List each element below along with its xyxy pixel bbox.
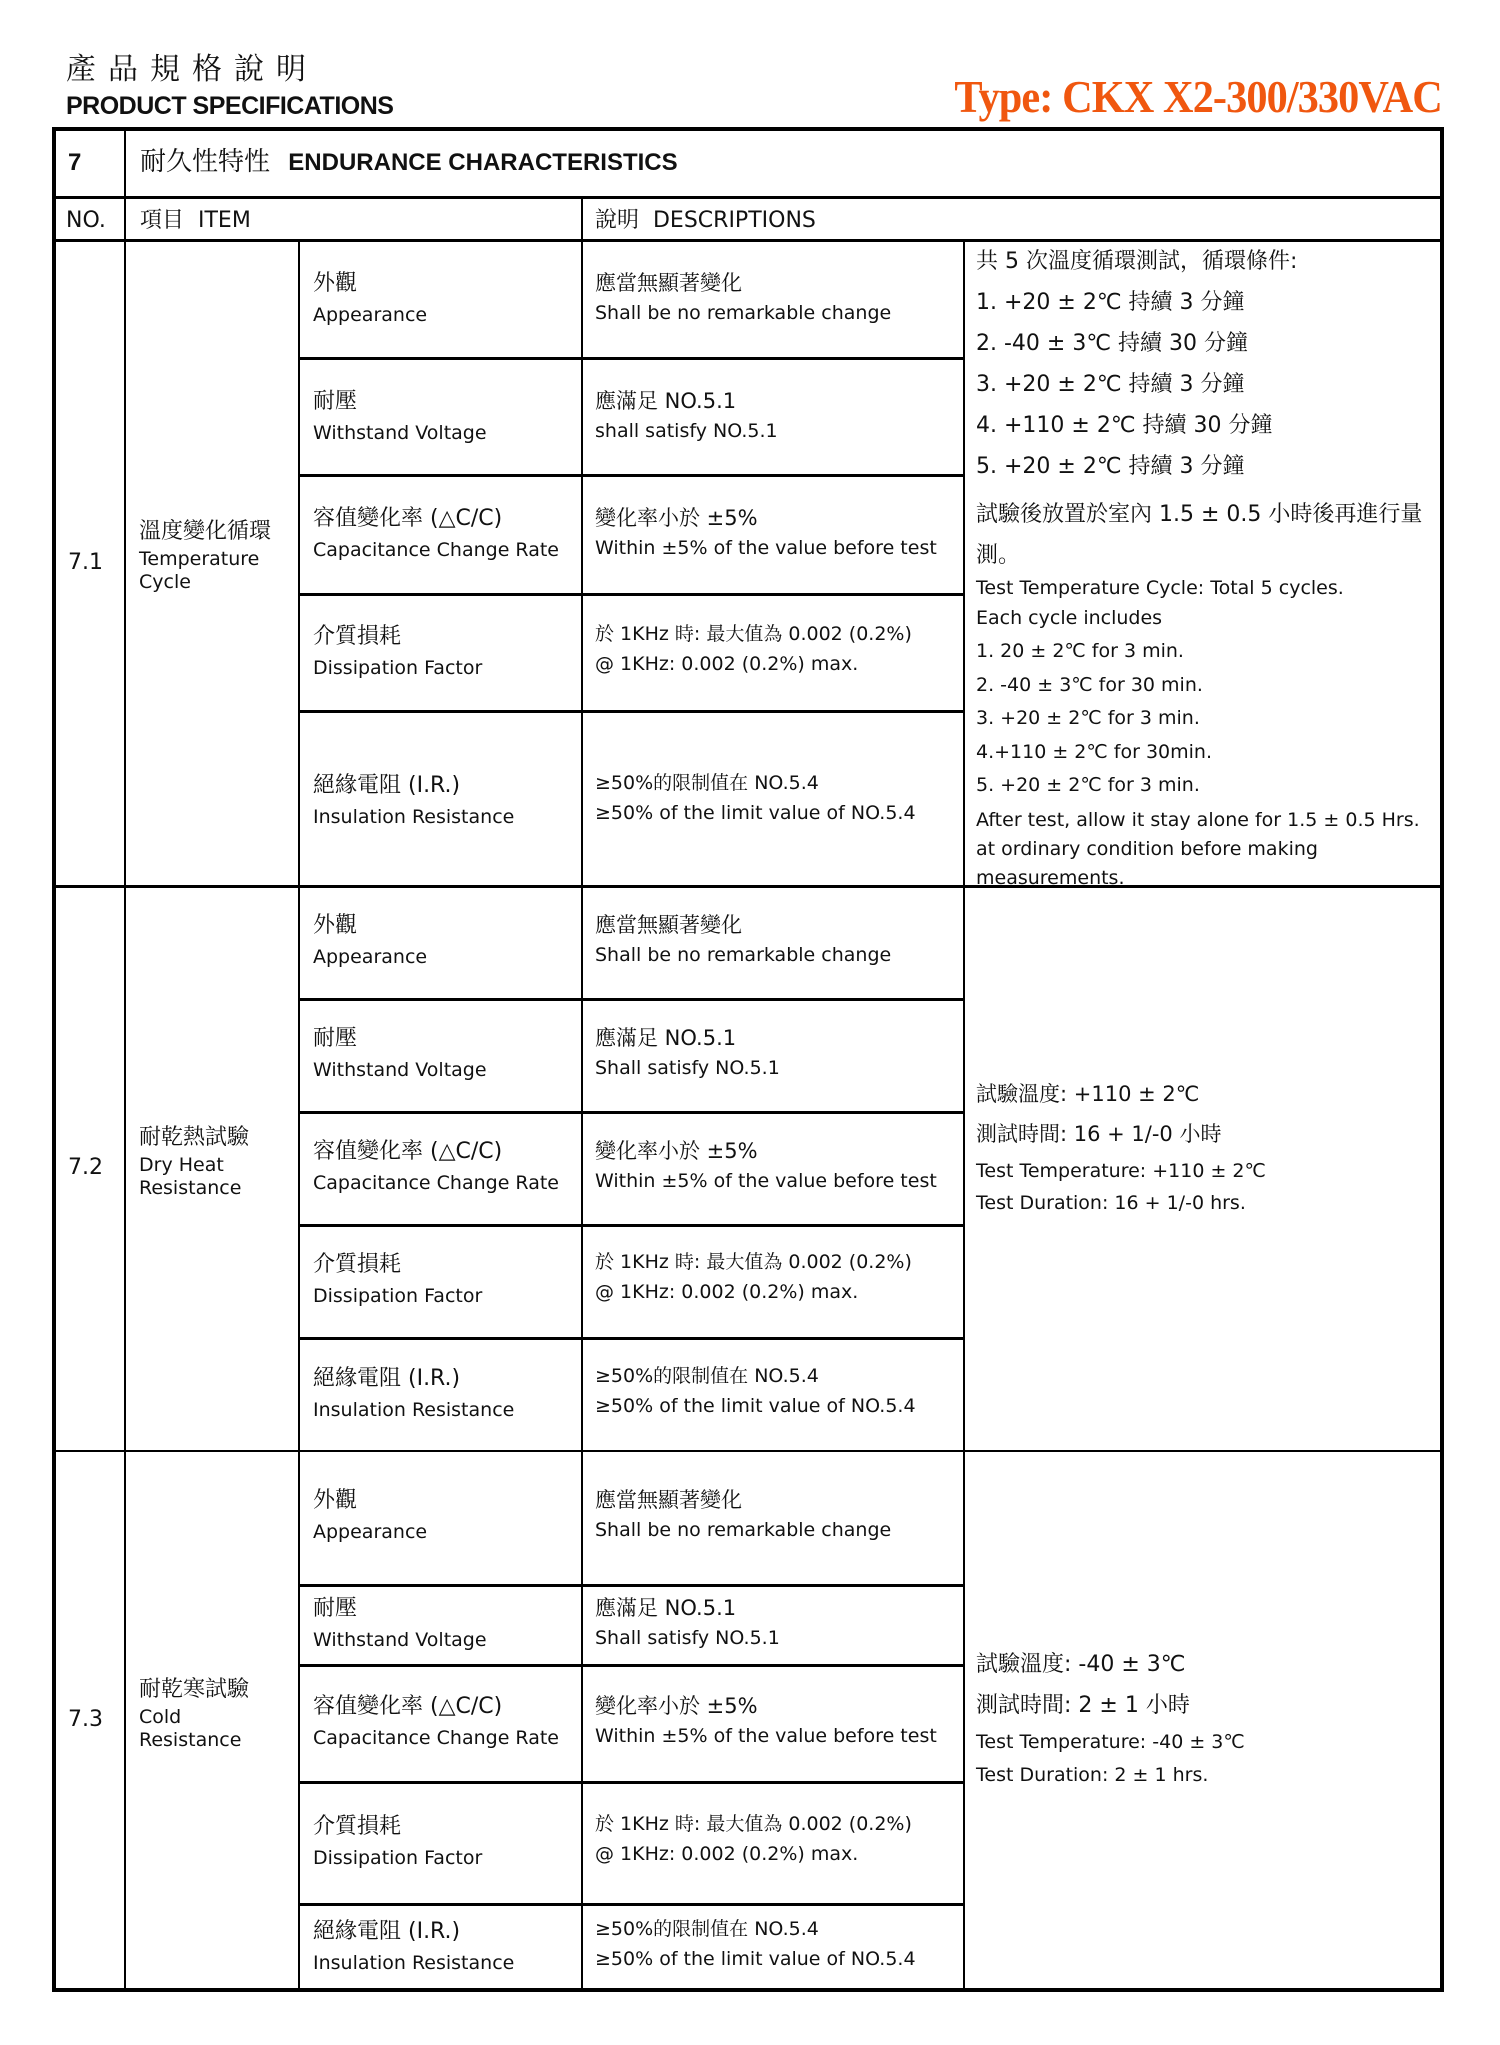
test-notes: 試驗溫度: +110 ± 2℃ 測試時間: 16 + 1/-0 小時 Test … xyxy=(976,1081,1436,1223)
sub-item-en: Capacitance Change Rate xyxy=(313,539,559,563)
note-line: 3. +20 ± 2℃ 持續 3 分鐘 xyxy=(976,371,1436,412)
sub-desc: 應滿足 NO.5.1 Shall satisfy NO.5.1 xyxy=(595,1025,780,1081)
col-divider xyxy=(581,198,583,1990)
test-number: 7.3 xyxy=(68,1706,103,1734)
sub-item-en: Dissipation Factor xyxy=(313,1847,482,1871)
sub-item-en: Dissipation Factor xyxy=(313,1285,482,1309)
test-name: 耐乾熱試驗 Dry Heat Resistance xyxy=(139,1124,249,1201)
sub-item: 外觀 Appearance xyxy=(313,912,427,969)
sub-item-cn: 外觀 xyxy=(313,912,427,940)
test-notes: 試驗溫度: -40 ± 3℃ 測試時間: 2 ± 1 小時 Test Tempe… xyxy=(976,1651,1436,1795)
sub-item-en: Insulation Resistance xyxy=(313,1952,514,1976)
section-title-cn: 耐久性特性 xyxy=(140,147,270,177)
table-border-top xyxy=(53,127,1444,131)
note-line: 共 5 次溫度循環測試，循環條件: xyxy=(976,248,1436,289)
note-line: 試驗溫度: -40 ± 3℃ xyxy=(976,1651,1436,1692)
test-name: 耐乾寒試驗 Cold Resistance xyxy=(139,1676,249,1753)
row-divider xyxy=(299,998,965,1001)
sub-desc-en: @ 1KHz: 0.002 (0.2%) max. xyxy=(595,1843,912,1867)
sub-desc-en: ≥50% of the limit value of NO.5.4 xyxy=(595,1395,916,1419)
note-line: 1. 20 ± 2℃ for 3 min. xyxy=(976,639,1436,673)
sub-item-cn: 容值變化率 (△C/C) xyxy=(313,505,559,533)
sub-desc-cn: 應當無顯著變化 xyxy=(595,270,891,296)
sub-desc-en: Shall satisfy NO.5.1 xyxy=(595,1627,780,1651)
sub-desc: ≥50%的限制值在 NO.5.4 ≥50% of the limit value… xyxy=(595,772,916,826)
test-name-en: Cycle xyxy=(139,571,271,595)
sub-item: 外觀 Appearance xyxy=(313,270,427,327)
row-divider xyxy=(299,1224,965,1227)
sub-item: 外觀 Appearance xyxy=(313,1487,427,1544)
sub-desc: 於 1KHz 時: 最大值為 0.002 (0.2%) @ 1KHz: 0.00… xyxy=(595,1251,912,1305)
sub-item: 容值變化率 (△C/C) Capacitance Change Rate xyxy=(313,505,559,562)
section-title: 耐久性特性 ENDURANCE CHARACTERISTICS xyxy=(140,146,678,179)
sub-item: 耐壓 Withstand Voltage xyxy=(313,1025,487,1082)
row-divider xyxy=(299,593,965,596)
sub-desc: 於 1KHz 時: 最大值為 0.002 (0.2%) @ 1KHz: 0.00… xyxy=(595,1813,912,1867)
sub-desc: 應當無顯著變化 Shall be no remarkable change xyxy=(595,912,891,968)
note-line: Test Temperature: +110 ± 2℃ xyxy=(976,1159,1436,1191)
sub-item: 耐壓 Withstand Voltage xyxy=(313,1595,487,1652)
sub-item-cn: 耐壓 xyxy=(313,1025,487,1053)
sub-item-en: Appearance xyxy=(313,304,427,328)
note-line: 測試時間: 2 ± 1 小時 xyxy=(976,1692,1436,1730)
col-divider xyxy=(298,241,300,1990)
page-title-en: PRODUCT SPECIFICATIONS xyxy=(66,92,393,121)
sub-item: 介質損耗 Dissipation Factor xyxy=(313,623,482,680)
sub-desc-en: Within ±5% of the value before test xyxy=(595,537,937,561)
col-header-descriptions: 說明 DESCRIPTIONS xyxy=(595,207,816,235)
row-divider xyxy=(299,1781,965,1784)
sub-desc: 變化率小於 ±5% Within ±5% of the value before… xyxy=(595,1693,937,1749)
sub-item-en: Capacitance Change Rate xyxy=(313,1727,559,1751)
sub-item-cn: 介質損耗 xyxy=(313,1813,482,1841)
sub-desc-en: @ 1KHz: 0.002 (0.2%) max. xyxy=(595,1281,912,1305)
sub-desc: ≥50%的限制值在 NO.5.4 ≥50% of the limit value… xyxy=(595,1365,916,1419)
sub-desc-cn: 變化率小於 ±5% xyxy=(595,505,937,531)
sub-desc: 應當無顯著變化 Shall be no remarkable change xyxy=(595,270,891,326)
sub-item-en: Insulation Resistance xyxy=(313,806,514,830)
test-name-en: Temperature xyxy=(139,548,271,572)
sub-desc: 變化率小於 ±5% Within ±5% of the value before… xyxy=(595,1138,937,1194)
section-title-en: ENDURANCE CHARACTERISTICS xyxy=(288,149,677,176)
note-line: Test Temperature Cycle: Total 5 cycles. xyxy=(976,576,1436,606)
row-divider xyxy=(299,1111,965,1114)
sub-item-cn: 介質損耗 xyxy=(313,623,482,651)
sub-desc-cn: 於 1KHz 時: 最大值為 0.002 (0.2%) xyxy=(595,623,912,647)
col-divider xyxy=(963,241,965,1990)
sub-desc-cn: 變化率小於 ±5% xyxy=(595,1693,937,1719)
note-line: Test Duration: 2 ± 1 hrs. xyxy=(976,1763,1436,1795)
sub-item-cn: 絕緣電阻 (I.R.) xyxy=(313,1918,514,1946)
note-line: 2. -40 ± 3℃ for 30 min. xyxy=(976,673,1436,706)
sub-item-cn: 絕緣電阻 (I.R.) xyxy=(313,772,514,800)
row-divider xyxy=(299,1584,965,1587)
sub-desc-en: ≥50% of the limit value of NO.5.4 xyxy=(595,802,916,826)
row-divider xyxy=(299,474,965,477)
note-line: 2. -40 ± 3℃ 持續 30 分鐘 xyxy=(976,330,1436,371)
sub-desc-cn: 變化率小於 ±5% xyxy=(595,1138,937,1164)
sub-desc: 應滿足 NO.5.1 Shall satisfy NO.5.1 xyxy=(595,1595,780,1651)
note-line: 4.+110 ± 2℃ for 30min. xyxy=(976,740,1436,773)
sub-item-cn: 外觀 xyxy=(313,270,427,298)
table-border-bottom xyxy=(53,1988,1444,1992)
note-line: 5. +20 ± 2℃ 持續 3 分鐘 xyxy=(976,453,1436,494)
test-name: 溫度變化循環 Temperature Cycle xyxy=(139,518,271,595)
product-type-label: Type: CKX X2-300/330VAC xyxy=(955,70,1442,123)
sub-desc-cn: ≥50%的限制值在 NO.5.4 xyxy=(595,772,916,796)
sub-item-cn: 耐壓 xyxy=(313,388,487,416)
note-line: Test Duration: 16 + 1/-0 hrs. xyxy=(976,1191,1436,1223)
test-number: 7.2 xyxy=(68,1154,103,1182)
col-divider xyxy=(124,128,126,1990)
sub-desc-en: Shall be no remarkable change xyxy=(595,302,891,326)
test-notes: 共 5 次溫度循環測試，循環條件: 1. +20 ± 2℃ 持續 3 分鐘 2.… xyxy=(976,248,1436,893)
sub-desc-en: Within ±5% of the value before test xyxy=(595,1170,937,1194)
test-name-en: Resistance xyxy=(139,1729,249,1753)
sub-item-en: Withstand Voltage xyxy=(313,1059,487,1083)
note-line: After test, allow it stay alone for 1.5 … xyxy=(976,806,1436,893)
test-name-cn: 溫度變化循環 xyxy=(139,518,271,546)
note-line: 4. +110 ± 2℃ 持續 30 分鐘 xyxy=(976,412,1436,453)
test-name-en: Resistance xyxy=(139,1177,249,1201)
col-header-no: NO. xyxy=(66,207,106,235)
col-header-item: 項目 ITEM xyxy=(140,207,251,235)
table-border-left xyxy=(52,127,56,1992)
test-name-en: Cold xyxy=(139,1706,249,1730)
sub-item: 絕緣電阻 (I.R.) Insulation Resistance xyxy=(313,1365,514,1422)
sub-desc: 應當無顯著變化 Shall be no remarkable change xyxy=(595,1487,891,1543)
sub-desc-cn: 應當無顯著變化 xyxy=(595,1487,891,1513)
sub-item-en: Appearance xyxy=(313,946,427,970)
sub-desc-cn: 應滿足 NO.5.1 xyxy=(595,1025,780,1051)
sub-desc: 於 1KHz 時: 最大值為 0.002 (0.2%) @ 1KHz: 0.00… xyxy=(595,623,912,677)
row-divider xyxy=(53,239,1444,242)
sub-desc-cn: ≥50%的限制值在 NO.5.4 xyxy=(595,1365,916,1389)
note-line: Test Temperature: -40 ± 3℃ xyxy=(976,1730,1436,1763)
sub-desc-en: shall satisfy NO.5.1 xyxy=(595,420,778,444)
note-line: 3. +20 ± 2℃ for 3 min. xyxy=(976,706,1436,740)
sub-desc-en: ≥50% of the limit value of NO.5.4 xyxy=(595,1948,916,1972)
note-line: 1. +20 ± 2℃ 持續 3 分鐘 xyxy=(976,289,1436,330)
sub-item: 容值變化率 (△C/C) Capacitance Change Rate xyxy=(313,1138,559,1195)
sub-item-cn: 容值變化率 (△C/C) xyxy=(313,1138,559,1166)
sub-item-cn: 介質損耗 xyxy=(313,1251,482,1279)
sub-item-cn: 容值變化率 (△C/C) xyxy=(313,1693,559,1721)
test-name-cn: 耐乾熱試驗 xyxy=(139,1124,249,1152)
sub-desc-cn: 應滿足 NO.5.1 xyxy=(595,1595,780,1621)
page-title-cn: 產品規格說明 xyxy=(66,44,318,88)
sub-item-en: Dissipation Factor xyxy=(313,657,482,681)
sub-item-en: Withstand Voltage xyxy=(313,422,487,446)
sub-desc-en: Shall be no remarkable change xyxy=(595,1519,891,1543)
sub-desc-cn: ≥50%的限制值在 NO.5.4 xyxy=(595,1918,916,1942)
sub-item-cn: 耐壓 xyxy=(313,1595,487,1623)
sub-desc-en: Shall satisfy NO.5.1 xyxy=(595,1057,780,1081)
row-divider xyxy=(53,196,1444,199)
sub-desc-en: @ 1KHz: 0.002 (0.2%) max. xyxy=(595,653,912,677)
sub-item-cn: 外觀 xyxy=(313,1487,427,1515)
sub-desc: ≥50%的限制值在 NO.5.4 ≥50% of the limit value… xyxy=(595,1918,916,1972)
sub-item: 絕緣電阻 (I.R.) Insulation Resistance xyxy=(313,772,514,829)
row-divider xyxy=(299,710,965,713)
sub-item: 介質損耗 Dissipation Factor xyxy=(313,1813,482,1870)
sub-desc-cn: 應當無顯著變化 xyxy=(595,912,891,938)
sub-desc: 變化率小於 ±5% Within ±5% of the value before… xyxy=(595,505,937,561)
sub-item-en: Appearance xyxy=(313,1521,427,1545)
sub-desc: 應滿足 NO.5.1 shall satisfy NO.5.1 xyxy=(595,388,778,444)
sub-desc-cn: 於 1KHz 時: 最大值為 0.002 (0.2%) xyxy=(595,1251,912,1275)
sub-item: 容值變化率 (△C/C) Capacitance Change Rate xyxy=(313,1693,559,1750)
sub-desc-cn: 於 1KHz 時: 最大值為 0.002 (0.2%) xyxy=(595,1813,912,1837)
table-border-right xyxy=(1440,127,1444,1992)
row-divider xyxy=(299,1903,965,1906)
note-line: Each cycle includes xyxy=(976,606,1436,639)
sub-item: 絕緣電阻 (I.R.) Insulation Resistance xyxy=(313,1918,514,1975)
row-divider xyxy=(299,1337,965,1340)
test-number: 7.1 xyxy=(68,549,103,577)
sub-item: 耐壓 Withstand Voltage xyxy=(313,388,487,445)
sub-item-en: Withstand Voltage xyxy=(313,1629,487,1653)
section-number: 7 xyxy=(68,148,81,178)
test-name-cn: 耐乾寒試驗 xyxy=(139,1676,249,1704)
sub-item-en: Insulation Resistance xyxy=(313,1399,514,1423)
note-line: 試驗溫度: +110 ± 2℃ xyxy=(976,1081,1436,1121)
sub-item-cn: 絕緣電阻 (I.R.) xyxy=(313,1365,514,1393)
sub-desc-cn: 應滿足 NO.5.1 xyxy=(595,388,778,414)
sub-desc-en: Within ±5% of the value before test xyxy=(595,1725,937,1749)
sub-item-en: Capacitance Change Rate xyxy=(313,1172,559,1196)
test-name-en: Dry Heat xyxy=(139,1154,249,1178)
note-line: 5. +20 ± 2℃ for 3 min. xyxy=(976,773,1436,806)
row-divider xyxy=(299,1664,965,1667)
section-divider xyxy=(53,1450,1444,1452)
sub-item: 介質損耗 Dissipation Factor xyxy=(313,1251,482,1308)
note-line: 測試時間: 16 + 1/-0 小時 xyxy=(976,1121,1436,1159)
sub-desc-en: Shall be no remarkable change xyxy=(595,944,891,968)
note-line: 試驗後放置於室內 1.5 ± 0.5 小時後再進行量測。 xyxy=(976,494,1431,576)
row-divider xyxy=(299,357,965,360)
